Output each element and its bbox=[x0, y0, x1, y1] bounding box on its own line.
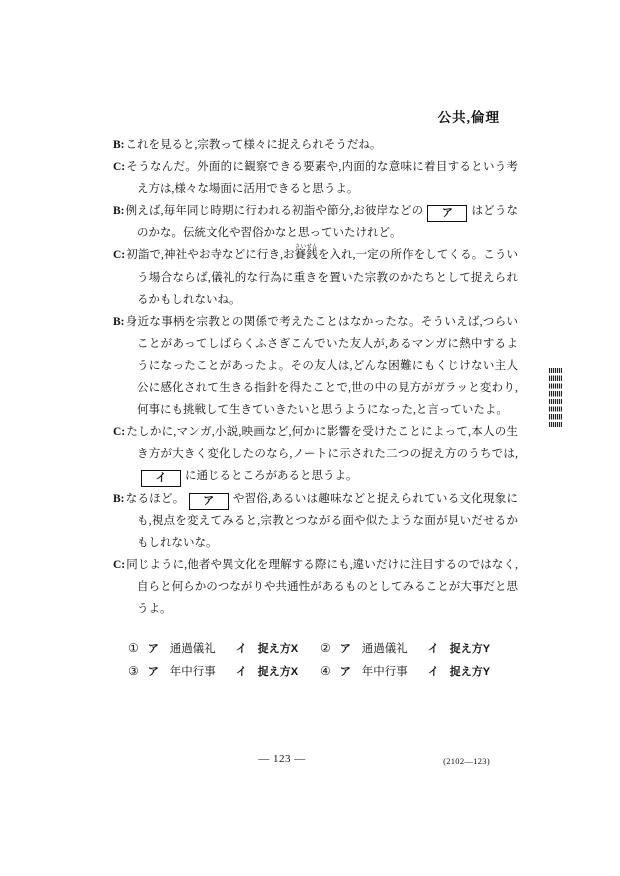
blank-i-value: 捉え方X bbox=[258, 643, 298, 655]
dialogue-line: B:身近な事柄を宗教との関係で考えたことはなかったな。そういえば,つらいことがあ… bbox=[113, 311, 518, 421]
dialogue-line: C:そうなんだ。外面的に観察できる要素や,内面的な意味に着目するという考え方は,… bbox=[113, 156, 518, 200]
choice-number: ④ bbox=[320, 664, 331, 678]
choice-number: ① bbox=[128, 641, 139, 655]
dialogue-text: 初詣で,神社やお寺などに行き,お bbox=[126, 249, 295, 261]
exam-page: 公共,倫理 B:これを見ると,宗教って様々に捉えられそうだね。C:そうなんだ。外… bbox=[0, 0, 620, 876]
speaker-label: C: bbox=[113, 559, 125, 571]
blank-a-label: ア bbox=[148, 666, 159, 678]
blank-i-label: イ bbox=[236, 643, 247, 655]
blank-a-label: ア bbox=[340, 643, 351, 655]
choice-option-2: ②ア通過儀礼イ捉え方Y bbox=[320, 637, 490, 660]
dialogue-text: そうなんだ。外面的に観察できる要素や,内面的な意味に着目するという考え方は,様々… bbox=[126, 161, 518, 195]
page-title: 公共,倫理 bbox=[438, 106, 500, 126]
answer-choices: ①ア通過儀礼イ捉え方X②ア通過儀礼イ捉え方Y③ア年中行事イ捉え方X④ア年中行事イ… bbox=[128, 637, 490, 683]
blank-a-label: ア bbox=[148, 643, 159, 655]
blank-i-label: イ bbox=[428, 666, 439, 678]
blank-a-value: 通過儀礼 bbox=[362, 643, 408, 655]
blank-box: ア bbox=[189, 493, 229, 510]
speaker-label: C: bbox=[113, 161, 125, 173]
dialogue-text: たしかに,マンガ,小説,映画など,何かに影響を受けたことによって,本人の生き方が… bbox=[126, 426, 518, 460]
blank-a-value: 年中行事 bbox=[362, 666, 408, 678]
speaker-label: B: bbox=[113, 316, 125, 328]
speaker-label: C: bbox=[113, 249, 125, 261]
choice-number: ② bbox=[320, 641, 331, 655]
dialogue-text: これを見ると,宗教って様々に捉えられそうだね。 bbox=[126, 139, 382, 151]
speaker-label: B: bbox=[113, 139, 125, 151]
blank-a-label: ア bbox=[340, 666, 351, 678]
blank-a-value: 通過儀礼 bbox=[170, 643, 216, 655]
blank-i-label: イ bbox=[428, 643, 439, 655]
blank-a-value: 年中行事 bbox=[170, 666, 216, 678]
dialogue-text: なるほど。 bbox=[126, 493, 185, 505]
choice-option-4: ④ア年中行事イ捉え方Y bbox=[320, 660, 490, 683]
dialogue-text: に通じるところがあると思うよ。 bbox=[185, 470, 358, 482]
dialogue-line: B:例えば,毎年同じ時期に行われる初詣や節分,お彼岸などのアはどうなのかな。伝統… bbox=[113, 200, 518, 244]
blank-i-value: 捉え方Y bbox=[450, 666, 490, 678]
dialogue-text: 例えば,毎年同じ時期に行われる初詣や節分,お彼岸などの bbox=[126, 205, 424, 217]
dialogue-text: 同じように,他者や異文化を理解する際にも,違いだけに注目するのではなく,自らと何… bbox=[126, 559, 518, 615]
dialogue-line: C:同じように,他者や異文化を理解する際にも,違いだけに注目するのではなく,自ら… bbox=[113, 554, 518, 620]
blank-i-value: 捉え方Y bbox=[450, 643, 490, 655]
blank-i-label: イ bbox=[236, 666, 247, 678]
blank-box: ア bbox=[427, 205, 467, 222]
dialogue-text: 身近な事柄を宗教との関係で考えたことはなかったな。そういえば,つらいことがあって… bbox=[126, 316, 519, 416]
dialogue-line: C:初詣で,神社やお寺などに行き,お賽銭さいせんを入れ,一定の所作をしてくる。こ… bbox=[113, 244, 518, 310]
choice-option-3: ③ア年中行事イ捉え方X bbox=[128, 660, 320, 683]
speaker-label: B: bbox=[113, 205, 125, 217]
choice-option-1: ①ア通過儀礼イ捉え方X bbox=[128, 637, 320, 660]
dialogue-line: B:なるほど。アや習俗,あるいは趣味などと捉えられている文化現象にも,視点を変え… bbox=[113, 488, 518, 554]
dialogue-section: B:これを見ると,宗教って様々に捉えられそうだね。C:そうなんだ。外面的に観察で… bbox=[113, 134, 518, 620]
speaker-label: C: bbox=[113, 426, 125, 438]
ruby-text: 賽銭さいせん bbox=[295, 249, 318, 261]
dialogue-line: B:これを見ると,宗教って様々に捉えられそうだね。 bbox=[113, 134, 518, 156]
page-edge-marker bbox=[549, 368, 562, 429]
blank-i-value: 捉え方X bbox=[258, 666, 298, 678]
dialogue-line: C:たしかに,マンガ,小説,映画など,何かに影響を受けたことによって,本人の生き… bbox=[113, 421, 518, 487]
blank-box: イ bbox=[141, 470, 181, 487]
choice-number: ③ bbox=[128, 664, 139, 678]
speaker-label: B: bbox=[113, 493, 125, 505]
booklet-code: (2102—123) bbox=[443, 756, 490, 766]
